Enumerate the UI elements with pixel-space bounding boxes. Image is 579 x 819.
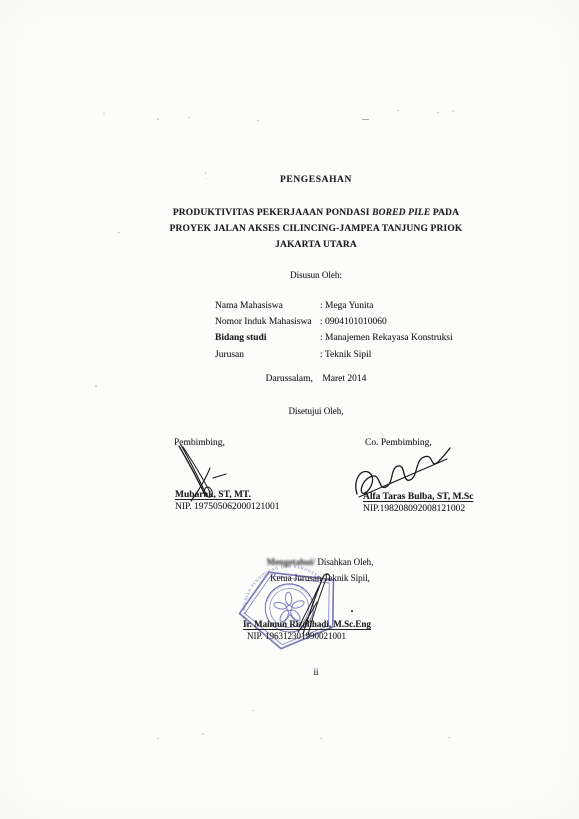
row-value: : Teknik Sipil xyxy=(320,347,495,363)
disetujui-oleh-label: Disetujui Oleh, xyxy=(154,406,478,416)
row-value: : Manajemen Rekayasa Konstruksi xyxy=(320,330,495,346)
thesis-title-line3: JAKARTA UTARA xyxy=(154,237,478,253)
thesis-title-line2: PROYEK JALAN AKSES CILINCING-JAMPEA TANJ… xyxy=(154,221,478,237)
title-line1-italic: BORED PILE xyxy=(372,208,430,218)
endorsement-overprint: Mengetahui/ xyxy=(267,557,316,567)
endorsement-line2: Ketua Jurusan Teknik Sipil, xyxy=(225,571,415,587)
student-row-name: Nama Mahasiswa : Mega Yunita xyxy=(215,298,495,314)
endorsement-disahkan: Disahkan Oleh, xyxy=(315,557,373,567)
row-label: Nama Mahasiswa xyxy=(215,298,320,314)
disusun-oleh-label: Disusun Oleh: xyxy=(154,270,478,280)
supervisor-identity: Mubarak, ST, MT. NIP. 197505062000121001 xyxy=(175,490,280,513)
endorsement-lines: Mengetahui/ Disahkan Oleh, Ketua Jurusan… xyxy=(225,555,415,586)
place-date: Darussalam, Maret 2014 xyxy=(154,374,478,384)
thesis-title: PRODUKTIVITAS PEKERJAAAN PONDASI BORED P… xyxy=(154,205,478,253)
row-label: Nomor Induk Mahasiswa xyxy=(215,314,320,330)
page-heading: PENGESAHAN xyxy=(154,175,478,185)
row-value: : Mega Yunita xyxy=(320,298,495,314)
row-value: : 0904101010060 xyxy=(320,314,495,330)
supervisor-nip: NIP. 197505062000121001 xyxy=(175,502,280,514)
row-label: Jurusan xyxy=(215,347,320,363)
student-row-department: Jurusan : Teknik Sipil xyxy=(215,347,495,363)
co-supervisor-identity: Alfa Taras Bulba, ST, M.Sc NIP.198208092… xyxy=(363,492,473,515)
supervisor-name: Mubarak, ST, MT. xyxy=(175,490,280,502)
student-details: Nama Mahasiswa : Mega Yunita Nomor Induk… xyxy=(215,298,495,363)
student-row-field: Bidang studi : Manajemen Rekayasa Konstr… xyxy=(215,330,495,346)
thesis-title-line1: PRODUKTIVITAS PEKERJAAAN PONDASI BORED P… xyxy=(154,205,478,221)
head-of-department-nip: NIP. 196312301990021001 xyxy=(243,631,371,643)
co-supervisor-name: Alfa Taras Bulba, ST, M.Sc xyxy=(363,492,473,504)
head-of-department-identity: Ir. Maimun Rizalihadi, M.Sc.Eng NIP. 196… xyxy=(243,619,371,642)
page-number: ii xyxy=(296,667,336,677)
title-line1-prefix: PRODUKTIVITAS PEKERJAAAN PONDASI xyxy=(173,208,372,218)
title-line1-suffix: PADA xyxy=(430,208,459,218)
co-supervisor-role: Co. Pembimbing, xyxy=(365,438,432,448)
scanned-thesis-approval-page: PENGESAHAN PRODUKTIVITAS PEKERJAAAN POND… xyxy=(0,0,579,819)
co-supervisor-nip: NIP.198208092008121002 xyxy=(363,504,473,516)
row-label: Bidang studi xyxy=(215,330,320,346)
student-row-nim: Nomor Induk Mahasiswa : 0904101010060 xyxy=(215,314,495,330)
endorsement-line1: Mengetahui/ Disahkan Oleh, xyxy=(225,555,415,571)
supervisor-role: Pembimbing, xyxy=(174,438,225,448)
head-of-department-name: Ir. Maimun Rizalihadi, M.Sc.Eng xyxy=(243,619,371,631)
co-supervisor-signature xyxy=(356,448,450,497)
